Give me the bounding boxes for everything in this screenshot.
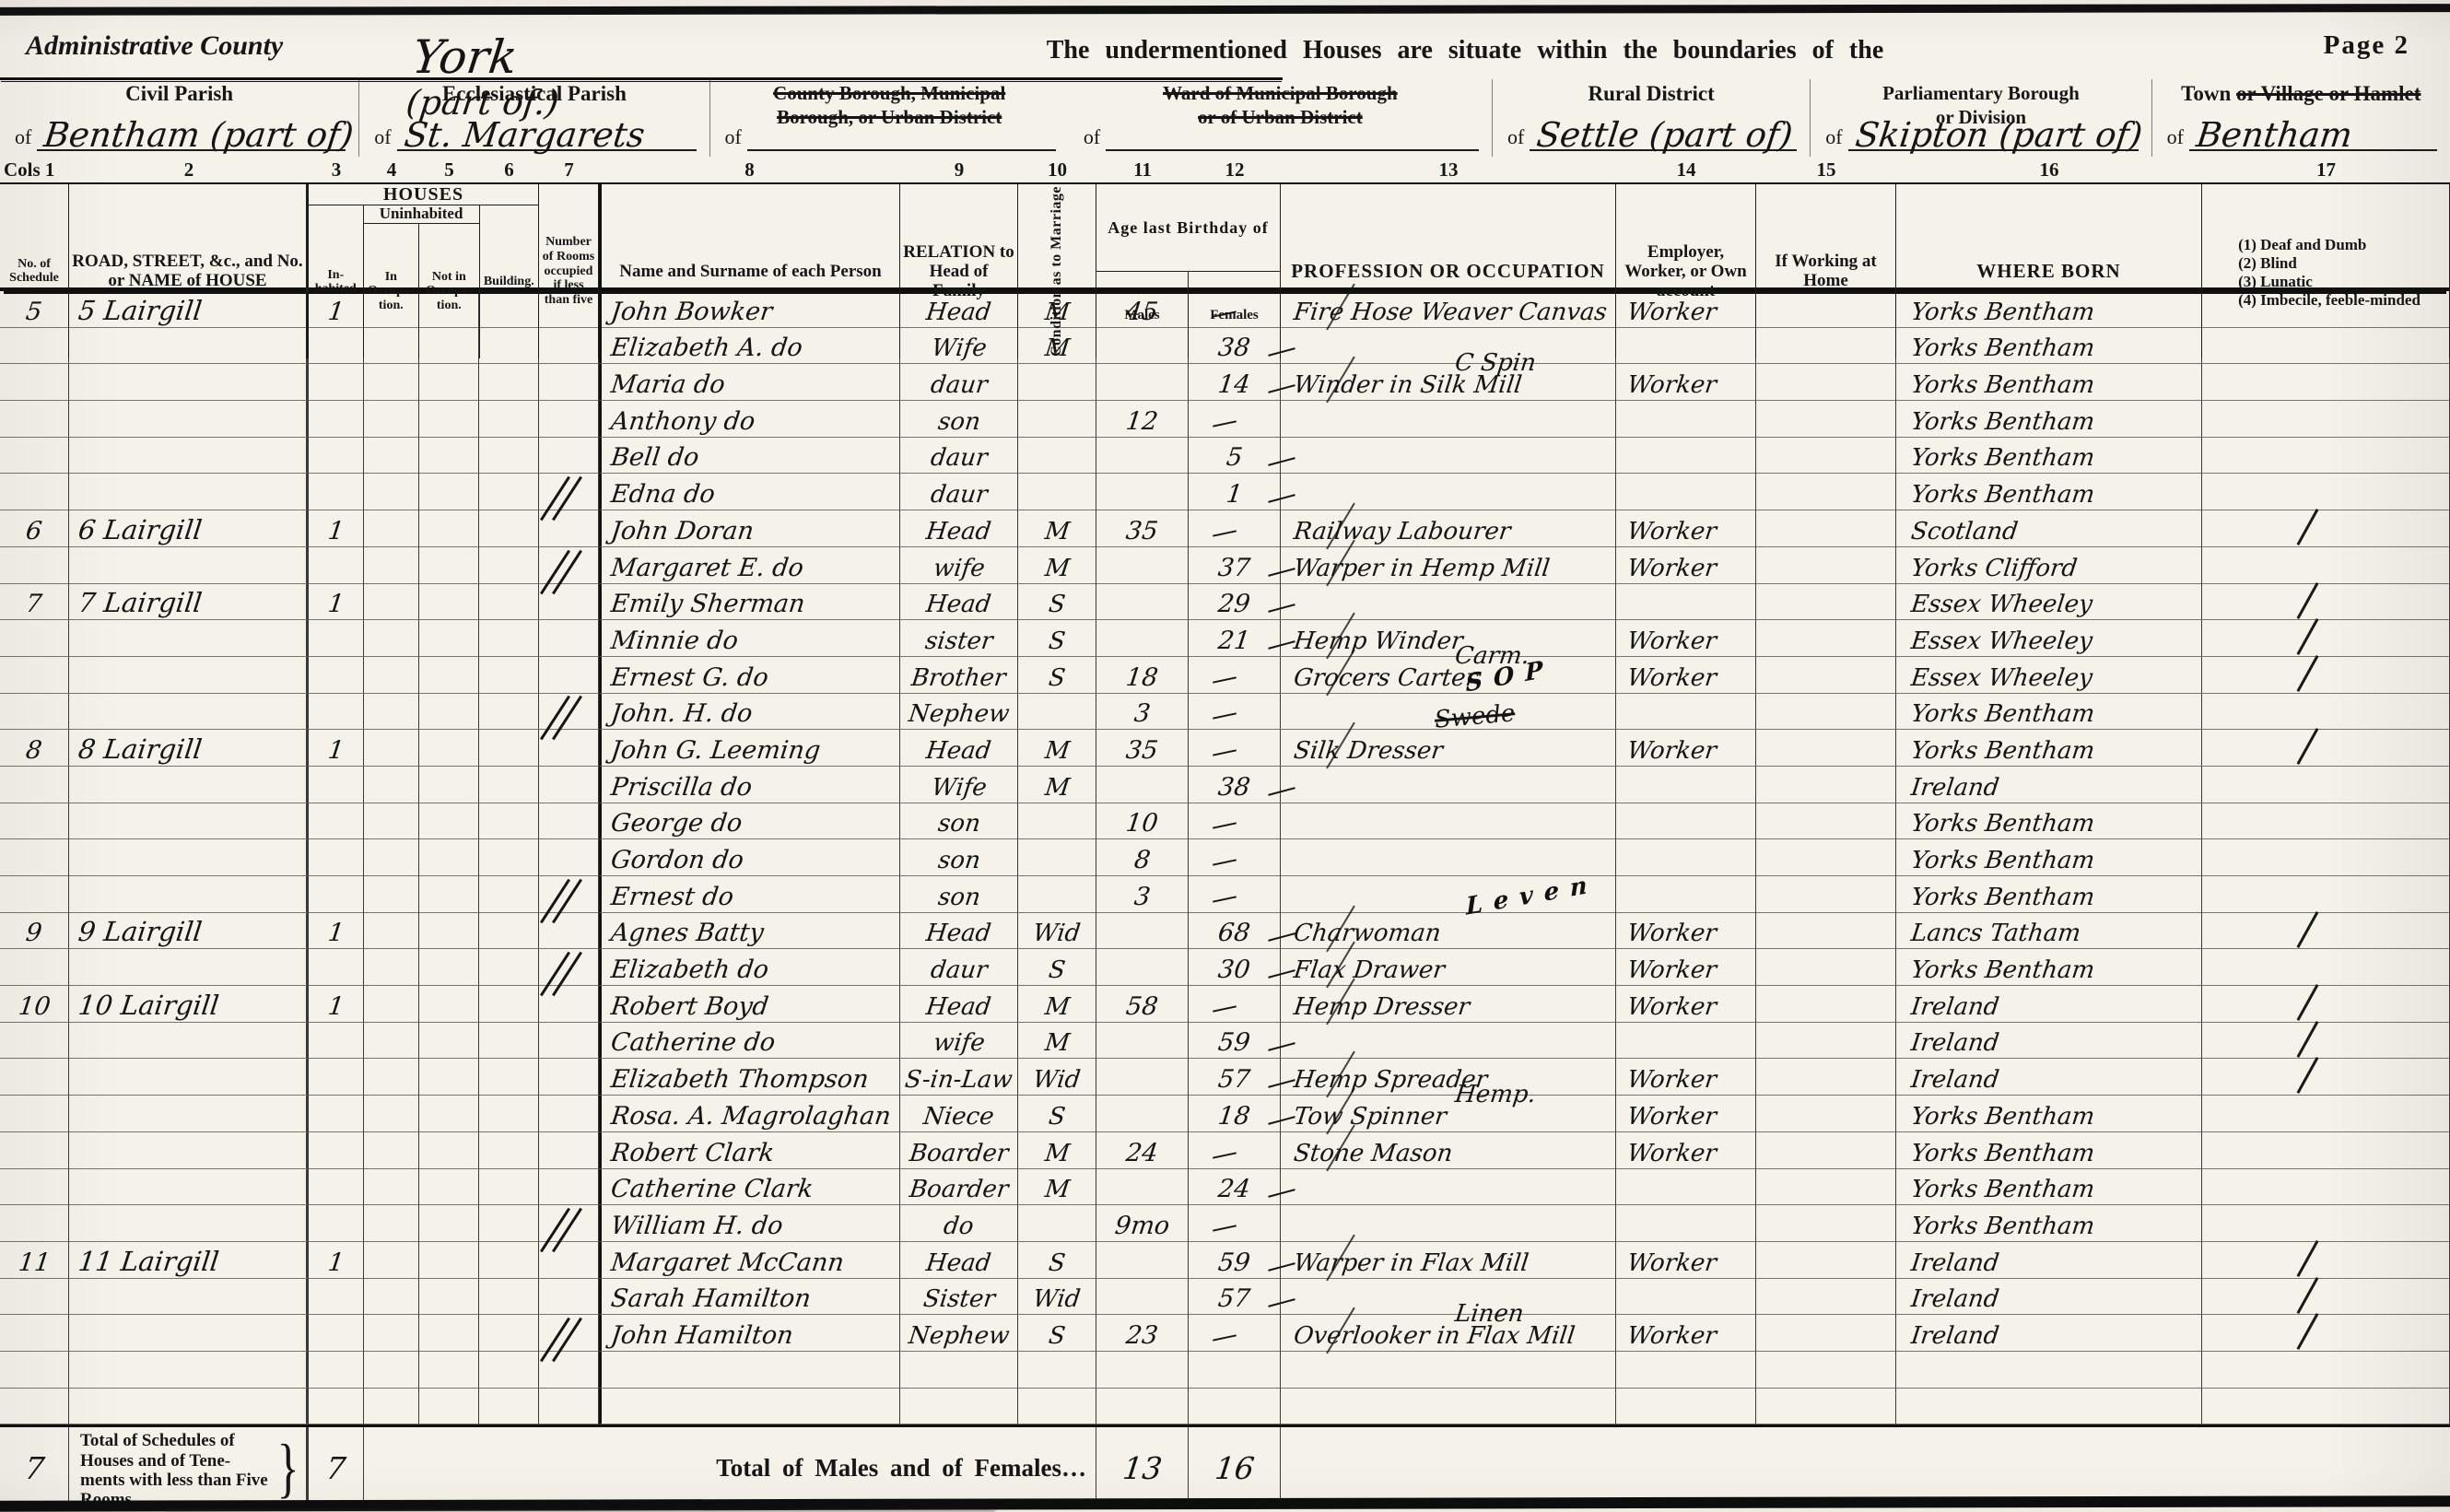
cell-relation: Nephew bbox=[900, 1315, 1018, 1352]
cell-schedule-number bbox=[0, 949, 69, 986]
dash-mark bbox=[1213, 859, 1237, 865]
cell-where-born: Ireland bbox=[1896, 767, 2202, 803]
cell-condition: M bbox=[1018, 1132, 1096, 1169]
cell-name: Ernest do bbox=[599, 876, 900, 913]
cell-building bbox=[479, 986, 539, 1023]
cell-building bbox=[479, 949, 539, 986]
cell-in-occupation bbox=[364, 1389, 419, 1425]
cell-name: Margaret E. do bbox=[599, 547, 900, 584]
cell-employer bbox=[1616, 438, 1756, 475]
cell-in-occupation bbox=[364, 510, 419, 547]
cell-infirmity bbox=[2202, 1389, 2450, 1425]
cell-inhabited bbox=[309, 1279, 364, 1316]
cell-in-occupation bbox=[364, 401, 419, 438]
cell-working-at-home bbox=[1756, 839, 1896, 876]
cell-condition: M bbox=[1018, 291, 1096, 328]
cell-road bbox=[69, 620, 309, 657]
cell-age-female bbox=[1189, 876, 1281, 913]
cell-road bbox=[69, 1096, 309, 1132]
cell-employer bbox=[1616, 767, 1756, 803]
cell-age-male bbox=[1096, 1279, 1189, 1316]
cell-rooms bbox=[539, 986, 599, 1023]
table-row: Elizabeth A. do Wife M 38 Yorks Bentham bbox=[0, 328, 2450, 365]
cell-inhabited: 1 bbox=[309, 584, 364, 621]
cell-in-occupation bbox=[364, 694, 419, 731]
cell-inhabited bbox=[309, 694, 364, 731]
cell-age-male bbox=[1096, 1389, 1189, 1425]
cell-age-female bbox=[1189, 1315, 1281, 1352]
table-row: Catherine do wife M 59 Ireland bbox=[0, 1023, 2450, 1060]
cell-age-female: 38 bbox=[1189, 767, 1281, 803]
cell-not-in-occupation bbox=[419, 1315, 479, 1352]
census-page: Administrative County York The underment… bbox=[0, 0, 2450, 1512]
infirmity-item-1: (1) Deaf and Dumb bbox=[2238, 236, 2366, 253]
cell-relation: wife bbox=[900, 547, 1018, 584]
cell-schedule-number: 5 bbox=[0, 291, 69, 328]
cell-age-female bbox=[1189, 1352, 1281, 1389]
cell-working-at-home bbox=[1756, 1242, 1896, 1279]
cell-working-at-home bbox=[1756, 584, 1896, 621]
cell-name: Elizabeth A. do bbox=[599, 328, 900, 365]
cell-inhabited bbox=[309, 876, 364, 913]
cell-relation: Head bbox=[900, 291, 1018, 328]
dash-mark bbox=[1213, 1334, 1237, 1341]
cell-rooms bbox=[539, 1132, 599, 1169]
cell-rooms bbox=[539, 1096, 599, 1132]
table-row: 10 10 Lairgill 1 Robert Boyd Head M 58 H… bbox=[0, 986, 2450, 1023]
cell-employer: Worker bbox=[1616, 949, 1756, 986]
cell-where-born: Yorks Bentham bbox=[1896, 803, 2202, 840]
of-label: of bbox=[1811, 125, 1847, 151]
cell-not-in-occupation bbox=[419, 1059, 479, 1096]
cell-rooms bbox=[539, 657, 599, 694]
cell-road bbox=[69, 438, 309, 475]
cell-rooms bbox=[539, 364, 599, 401]
cell-building bbox=[479, 364, 539, 401]
cell-in-occupation bbox=[364, 913, 419, 950]
cell-infirmity bbox=[2202, 803, 2450, 840]
cell-inhabited bbox=[309, 1023, 364, 1060]
table-row: Maria do daur 14 Winder in Silk Mill C S… bbox=[0, 364, 2450, 401]
cell-not-in-occupation bbox=[419, 584, 479, 621]
occupation-annotation: Linen bbox=[1453, 1302, 1525, 1329]
cell-rooms bbox=[539, 547, 599, 584]
infirmity-item-2: (2) Blind bbox=[2238, 254, 2297, 272]
cell-rooms bbox=[539, 328, 599, 365]
total-schedules-value: 7 bbox=[0, 1427, 69, 1509]
column-number-row: Cols 1 2 3 4 5 6 7 8 9 10 11 12 13 14 15… bbox=[0, 157, 2450, 184]
cell-where-born: Yorks Bentham bbox=[1896, 401, 2202, 438]
cell-condition bbox=[1018, 364, 1096, 401]
cell-schedule-number bbox=[0, 401, 69, 438]
cell-relation: son bbox=[900, 876, 1018, 913]
cell-infirmity bbox=[2202, 767, 2450, 803]
cell-infirmity bbox=[2202, 1023, 2450, 1060]
cell-employer: Worker bbox=[1616, 364, 1756, 401]
col-number: 4 bbox=[364, 158, 419, 182]
cell-age-female: 5 bbox=[1189, 438, 1281, 475]
cell-employer: Worker bbox=[1616, 986, 1756, 1023]
cell-building bbox=[479, 474, 539, 510]
cell-inhabited bbox=[309, 1352, 364, 1389]
cell-schedule-number: 9 bbox=[0, 913, 69, 950]
cell-working-at-home bbox=[1756, 694, 1896, 731]
cell-condition: M bbox=[1018, 1169, 1096, 1206]
cell-building bbox=[479, 1242, 539, 1279]
cell-name: Margaret McCann bbox=[599, 1242, 900, 1279]
cell-not-in-occupation bbox=[419, 401, 479, 438]
cell-schedule-number bbox=[0, 1389, 69, 1425]
cell-inhabited bbox=[309, 1132, 364, 1169]
cell-rooms bbox=[539, 1023, 599, 1060]
table-row: 9 9 Lairgill 1 Agnes Batty Head Wid 68 C… bbox=[0, 913, 2450, 950]
table-row: 6 6 Lairgill 1 John Doran Head M 35 Rail… bbox=[0, 510, 2450, 547]
cell-relation: Boarder bbox=[900, 1132, 1018, 1169]
town-value: Bentham bbox=[2194, 115, 2354, 155]
cell-working-at-home bbox=[1756, 1132, 1896, 1169]
cell-employer bbox=[1616, 584, 1756, 621]
cell-where-born: Yorks Bentham bbox=[1896, 438, 2202, 475]
cell-road bbox=[69, 1059, 309, 1096]
cell-name: Agnes Batty bbox=[599, 913, 900, 950]
cell-not-in-occupation bbox=[419, 474, 479, 510]
cell-inhabited bbox=[309, 364, 364, 401]
table-row: John Hamilton Nephew S 23 Overlooker in … bbox=[0, 1315, 2450, 1352]
table-row: 11 11 Lairgill 1 Margaret McCann Head S … bbox=[0, 1242, 2450, 1279]
cell-employer: Worker bbox=[1616, 730, 1756, 767]
dash-mark bbox=[1213, 713, 1237, 720]
dash-mark bbox=[1213, 530, 1237, 536]
cell-condition: M bbox=[1018, 1023, 1096, 1060]
cell-employer: Worker bbox=[1616, 291, 1756, 328]
cell-in-occupation bbox=[364, 474, 419, 510]
cell-not-in-occupation bbox=[419, 986, 479, 1023]
col-number: 11 bbox=[1096, 158, 1189, 182]
cell-road bbox=[69, 1169, 309, 1206]
cell-in-occupation bbox=[364, 1059, 419, 1096]
cell-age-female bbox=[1189, 1205, 1281, 1242]
cell-in-occupation bbox=[364, 839, 419, 876]
census-table: Cols 1 2 3 4 5 6 7 8 9 10 11 12 13 14 15… bbox=[0, 157, 2450, 1508]
cell-name bbox=[599, 1352, 900, 1389]
table-row: Ernest do son 3 Yorks Bentham bbox=[0, 876, 2450, 913]
cell-building bbox=[479, 1023, 539, 1060]
cell-infirmity bbox=[2202, 949, 2450, 986]
cell-in-occupation bbox=[364, 876, 419, 913]
cell-not-in-occupation bbox=[419, 767, 479, 803]
cell-inhabited: 1 bbox=[309, 510, 364, 547]
cell-in-occupation bbox=[364, 584, 419, 621]
cell-infirmity bbox=[2202, 584, 2450, 621]
cell-condition: S bbox=[1018, 1315, 1096, 1352]
cell-infirmity bbox=[2202, 1242, 2450, 1279]
cell-employer: Worker bbox=[1616, 1059, 1756, 1096]
cell-not-in-occupation bbox=[419, 510, 479, 547]
cell-infirmity bbox=[2202, 657, 2450, 694]
field-rural-district: Rural District of Settle (part of) bbox=[1493, 79, 1811, 157]
cell-age-male bbox=[1096, 1352, 1189, 1389]
cell-relation: daur bbox=[900, 364, 1018, 401]
cell-rooms bbox=[539, 839, 599, 876]
cell-condition: M bbox=[1018, 767, 1096, 803]
cell-infirmity bbox=[2202, 1096, 2450, 1132]
cell-name bbox=[599, 1389, 900, 1425]
cell-inhabited bbox=[309, 1169, 364, 1206]
civil-parish-label: Civil Parish bbox=[0, 79, 358, 105]
cell-inhabited bbox=[309, 1205, 364, 1242]
cell-working-at-home bbox=[1756, 1315, 1896, 1352]
cell-infirmity bbox=[2202, 547, 2450, 584]
cell-age-female bbox=[1189, 1132, 1281, 1169]
cell-road bbox=[69, 839, 309, 876]
cell-building bbox=[479, 1352, 539, 1389]
table-row: Elizabeth Thompson S-in-Law Wid 57 Hemp … bbox=[0, 1059, 2450, 1096]
cell-condition: M bbox=[1018, 547, 1096, 584]
cell-age-male: 3 bbox=[1096, 876, 1189, 913]
cell-relation: son bbox=[900, 839, 1018, 876]
cell-name: John G. Leeming bbox=[599, 730, 900, 767]
cell-rooms bbox=[539, 291, 599, 328]
cell-where-born: Yorks Bentham bbox=[1896, 730, 2202, 767]
cell-occupation bbox=[1281, 1023, 1616, 1060]
cell-building bbox=[479, 876, 539, 913]
cell-occupation bbox=[1281, 1279, 1616, 1316]
cell-employer: Worker bbox=[1616, 1096, 1756, 1132]
cell-rooms bbox=[539, 584, 599, 621]
cell-age-male bbox=[1096, 620, 1189, 657]
cell-working-at-home bbox=[1756, 1205, 1896, 1242]
cell-road bbox=[69, 474, 309, 510]
cell-rooms bbox=[539, 401, 599, 438]
table-row bbox=[0, 1389, 2450, 1425]
cell-building bbox=[479, 547, 539, 584]
cell-age-male: 45 bbox=[1096, 291, 1189, 328]
table-row: Elizabeth do daur S 30 Flax Drawer Worke… bbox=[0, 949, 2450, 986]
cell-rooms bbox=[539, 1205, 599, 1242]
cell-not-in-occupation bbox=[419, 1169, 479, 1206]
cell-schedule-number bbox=[0, 1169, 69, 1206]
cell-condition: S bbox=[1018, 1096, 1096, 1132]
cell-age-female: 59 bbox=[1189, 1023, 1281, 1060]
cell-rooms bbox=[539, 949, 599, 986]
cell-road bbox=[69, 364, 309, 401]
cell-name: Ernest G. do bbox=[599, 657, 900, 694]
ecclesiastical-parish-note: (part of.) bbox=[400, 83, 710, 155]
cell-working-at-home bbox=[1756, 364, 1896, 401]
cell-working-at-home bbox=[1756, 1059, 1896, 1096]
cell-inhabited bbox=[309, 547, 364, 584]
col-number: 10 bbox=[1018, 158, 1096, 182]
cell-building bbox=[479, 401, 539, 438]
cell-in-occupation bbox=[364, 1242, 419, 1279]
cell-inhabited bbox=[309, 401, 364, 438]
cell-road: 8 Lairgill bbox=[69, 730, 309, 767]
county-borough-label-1: County Borough, Municipal bbox=[710, 79, 1069, 103]
cell-occupation bbox=[1281, 1169, 1616, 1206]
cell-building bbox=[479, 584, 539, 621]
cell-occupation: Fire Hose Weaver Canvas bbox=[1281, 291, 1616, 328]
col-number: 6 bbox=[479, 158, 539, 182]
cell-employer: Worker bbox=[1616, 547, 1756, 584]
cell-schedule-number: 6 bbox=[0, 510, 69, 547]
cell-rooms bbox=[539, 767, 599, 803]
cell-infirmity bbox=[2202, 291, 2450, 328]
of-label: of bbox=[1069, 125, 1106, 151]
dash-mark bbox=[1213, 1152, 1237, 1158]
cell-employer: Worker bbox=[1616, 913, 1756, 950]
cell-age-male bbox=[1096, 1242, 1189, 1279]
cell-building bbox=[479, 913, 539, 950]
cell-schedule-number bbox=[0, 1279, 69, 1316]
cell-road bbox=[69, 876, 309, 913]
cell-name: Priscilla do bbox=[599, 767, 900, 803]
cell-where-born: Yorks Bentham bbox=[1896, 694, 2202, 731]
cell-name: George do bbox=[599, 803, 900, 840]
cell-working-at-home bbox=[1756, 1096, 1896, 1132]
cell-age-male: 8 bbox=[1096, 839, 1189, 876]
cell-occupation bbox=[1281, 803, 1616, 840]
cell-occupation bbox=[1281, 584, 1616, 621]
col-number: 5 bbox=[419, 158, 479, 182]
cell-working-at-home bbox=[1756, 401, 1896, 438]
cell-building bbox=[479, 1279, 539, 1316]
cell-in-occupation bbox=[364, 730, 419, 767]
cell-infirmity bbox=[2202, 1352, 2450, 1389]
cell-building bbox=[479, 803, 539, 840]
cell-in-occupation bbox=[364, 364, 419, 401]
cell-relation: Wife bbox=[900, 767, 1018, 803]
cell-inhabited bbox=[309, 1059, 364, 1096]
cell-condition: Wid bbox=[1018, 1279, 1096, 1316]
table-row: John. H. do Nephew 3 SOP Swede Yorks Ben… bbox=[0, 694, 2450, 731]
cell-where-born: Essex Wheeley bbox=[1896, 657, 2202, 694]
total-schedules-label-cell: Total of Schedules of Houses and of Tene… bbox=[69, 1427, 309, 1509]
cell-schedule-number bbox=[0, 1205, 69, 1242]
cell-age-female: 21 bbox=[1189, 620, 1281, 657]
table-row: Rosa. A. Magrolaghan Niece S 18 Tow Spin… bbox=[0, 1096, 2450, 1132]
cell-working-at-home bbox=[1756, 803, 1896, 840]
header-uninhabited: Uninhabited bbox=[364, 205, 479, 224]
table-body: 5 5 Lairgill 1 John Bowker Head M 45 Fir… bbox=[0, 291, 2450, 1424]
total-inhabited-value: 7 bbox=[309, 1427, 364, 1509]
cell-infirmity bbox=[2202, 328, 2450, 365]
cell-occupation: Grocers Carter Carm. bbox=[1281, 657, 1616, 694]
cell-age-male: 18 bbox=[1096, 657, 1189, 694]
cell-age-female: 57 bbox=[1189, 1279, 1281, 1316]
cell-infirmity bbox=[2202, 474, 2450, 510]
cell-age-male: 9mo bbox=[1096, 1205, 1189, 1242]
cell-schedule-number bbox=[0, 547, 69, 584]
admin-county-label: Administrative County bbox=[26, 30, 283, 62]
cell-where-born: Lancs Tatham bbox=[1896, 913, 2202, 950]
cell-condition: S bbox=[1018, 620, 1096, 657]
cell-occupation: Hemp Dresser bbox=[1281, 986, 1616, 1023]
cell-age-male: 10 bbox=[1096, 803, 1189, 840]
cell-infirmity bbox=[2202, 510, 2450, 547]
cell-employer: Worker bbox=[1616, 1315, 1756, 1352]
cell-not-in-occupation bbox=[419, 803, 479, 840]
cell-employer: Worker bbox=[1616, 1132, 1756, 1169]
cell-working-at-home bbox=[1756, 438, 1896, 475]
cell-in-occupation bbox=[364, 328, 419, 365]
cell-in-occupation bbox=[364, 1205, 419, 1242]
field-county-borough: County Borough, Municipal Borough, or Ur… bbox=[710, 79, 1069, 157]
cell-where-born: Yorks Bentham bbox=[1896, 1132, 2202, 1169]
cell-in-occupation bbox=[364, 949, 419, 986]
cell-inhabited: 1 bbox=[309, 986, 364, 1023]
cell-schedule-number: 7 bbox=[0, 584, 69, 621]
cell-employer bbox=[1616, 1352, 1756, 1389]
cell-relation bbox=[900, 1352, 1018, 1389]
cell-building bbox=[479, 839, 539, 876]
cell-employer bbox=[1616, 1169, 1756, 1206]
cell-name: Maria do bbox=[599, 364, 900, 401]
cell-inhabited bbox=[309, 949, 364, 986]
cell-name: John Bowker bbox=[599, 291, 900, 328]
cell-age-male bbox=[1096, 1059, 1189, 1096]
cell-schedule-number bbox=[0, 1059, 69, 1096]
cell-road bbox=[69, 1352, 309, 1389]
cell-working-at-home bbox=[1756, 876, 1896, 913]
cell-name: Catherine do bbox=[599, 1023, 900, 1060]
cell-condition: S bbox=[1018, 949, 1096, 986]
cell-employer: Worker bbox=[1616, 657, 1756, 694]
cell-occupation: Railway Labourer bbox=[1281, 510, 1616, 547]
cell-relation: Head bbox=[900, 986, 1018, 1023]
table-row: William H. do do 9mo Yorks Bentham bbox=[0, 1205, 2450, 1242]
cell-condition bbox=[1018, 839, 1096, 876]
cell-age-male bbox=[1096, 547, 1189, 584]
cell-occupation bbox=[1281, 401, 1616, 438]
total-males-value: 13 bbox=[1096, 1427, 1189, 1509]
cell-rooms bbox=[539, 913, 599, 950]
cell-occupation: Flax Drawer bbox=[1281, 949, 1616, 986]
cell-infirmity bbox=[2202, 730, 2450, 767]
cell-name: Bell do bbox=[599, 438, 900, 475]
cell-where-born: Yorks Bentham bbox=[1896, 949, 2202, 986]
of-label: of bbox=[0, 125, 37, 151]
cell-building bbox=[479, 1132, 539, 1169]
cell-working-at-home bbox=[1756, 1279, 1896, 1316]
cell-relation: Head bbox=[900, 1242, 1018, 1279]
cell-building bbox=[479, 1315, 539, 1352]
cell-where-born bbox=[1896, 1352, 2202, 1389]
admin-county-row: Administrative County York The underment… bbox=[0, 14, 2450, 79]
civil-parish-value: Bentham (part of) bbox=[42, 115, 357, 155]
header-houses: HOUSES bbox=[309, 184, 538, 205]
cell-relation: Head bbox=[900, 913, 1018, 950]
cell-rooms bbox=[539, 1059, 599, 1096]
cell-relation: Wife bbox=[900, 328, 1018, 365]
cell-age-male: 23 bbox=[1096, 1315, 1189, 1352]
cell-where-born: Ireland bbox=[1896, 1023, 2202, 1060]
cell-building bbox=[479, 328, 539, 365]
cell-road bbox=[69, 547, 309, 584]
cell-occupation: Charwoman Leven bbox=[1281, 913, 1616, 950]
cell-age-female bbox=[1189, 730, 1281, 767]
header-age: Age last Birthday of bbox=[1096, 184, 1280, 271]
cell-schedule-number bbox=[0, 438, 69, 475]
cell-rooms bbox=[539, 474, 599, 510]
cell-working-at-home bbox=[1756, 547, 1896, 584]
cell-where-born: Yorks Bentham bbox=[1896, 876, 2202, 913]
cell-road bbox=[69, 328, 309, 365]
page-number: Page 2 bbox=[2324, 30, 2409, 61]
cell-inhabited bbox=[309, 839, 364, 876]
cell-infirmity bbox=[2202, 1315, 2450, 1352]
cell-road: 6 Lairgill bbox=[69, 510, 309, 547]
cell-working-at-home bbox=[1756, 620, 1896, 657]
